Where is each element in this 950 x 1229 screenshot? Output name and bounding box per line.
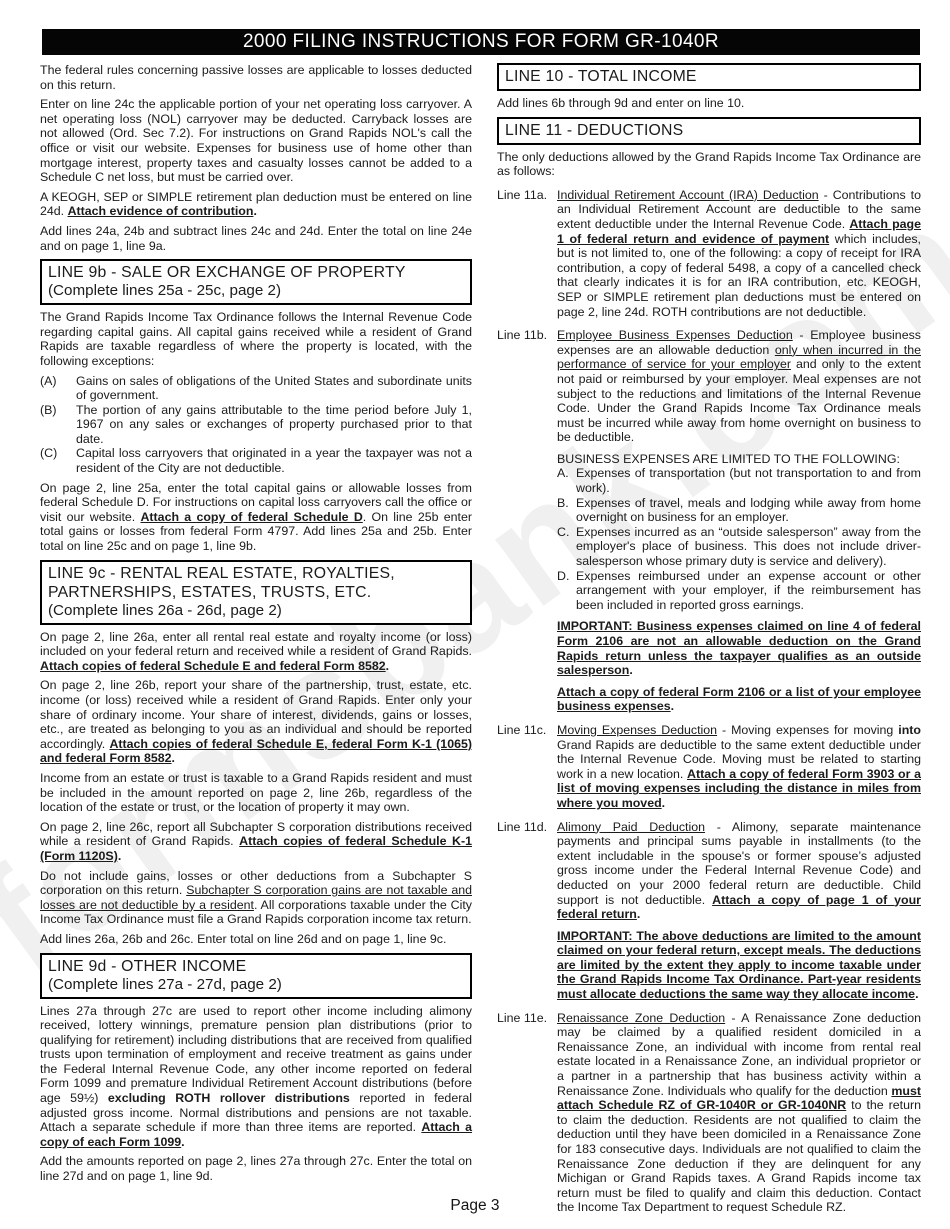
text-run: Attach a copy of federal Form 2106 or a … [557,685,921,714]
section-heading-box: LINE 9b - SALE OR EXCHANGE OF PROPERTY(C… [40,259,472,305]
right-column: LINE 10 - TOTAL INCOMEAdd lines 6b throu… [497,63,921,1215]
paragraph: Add the amounts reported on page 2, line… [40,1154,472,1183]
paragraph: Enter on line 24c the applicable portion… [40,97,472,185]
text-run: . [637,907,640,921]
paragraph: On page 2, line 25a, enter the total cap… [40,481,472,554]
text-run: Attach copies of federal Schedule E and … [40,659,386,673]
text-run: Renaissance Zone Deduction [557,1011,725,1025]
text-run: Enter on line 24c the applicable portion… [40,97,472,184]
list-item: A.Expenses of transportation (but not tr… [557,466,921,495]
text-run: Expenses of transportation (but not tran… [576,466,921,495]
text-run: Moving Expenses Deduction [557,723,717,737]
list-item-text: Capital loss carryovers that originated … [76,446,472,475]
line-body: Moving Expenses Deduction - Moving expen… [557,723,921,810]
text-run: Add lines 24a, 24b and subtract lines 24… [40,224,472,253]
text-run: Lines 27a through 27c are used to report… [40,1004,472,1106]
list-item-text: Expenses incurred as an “outside salespe… [576,525,921,568]
line-label: Line 11e. [497,1011,557,1026]
text-run: . [172,751,175,765]
paragraph: Add lines 6b through 9d and enter on lin… [497,96,921,111]
section-title: LINE 10 - TOTAL INCOME [505,67,913,86]
list: A.Expenses of transportation (but not tr… [557,466,921,612]
section-subtitle: (Complete lines 26a - 26d, page 2) [48,602,464,620]
line-body: Renaissance Zone Deduction - A Renaissan… [557,1011,921,1215]
list-marker: A. [557,466,576,481]
text-run: The portion of any gains attributable to… [76,403,472,446]
text-run: Attach evidence of contribution [68,204,254,218]
left-column: The federal rules concerning passive los… [40,63,472,1189]
section-subtitle: (Complete lines 27a - 27d, page 2) [48,976,464,994]
paragraph: Lines 27a through 27c are used to report… [40,1004,472,1150]
section-heading-box: LINE 11 - DEDUCTIONS [497,117,921,145]
text-run: . [386,659,389,673]
text-run: Capital loss carryovers that originated … [76,446,472,475]
paragraph: BUSINESS EXPENSES ARE LIMITED TO THE FOL… [557,452,921,467]
list-item: (B)The portion of any gains attributable… [40,403,472,447]
text-run: Expenses reimbursed under an expense acc… [576,569,921,612]
text-run: . [253,204,256,218]
list-item: D.Expenses reimbursed under an expense a… [557,569,921,613]
text-run: IMPORTANT: Business expenses claimed on … [557,619,921,677]
text-run: . [662,796,665,810]
list-item-text: Expenses of travel, meals and lodging wh… [576,496,921,525]
section-heading-box: LINE 10 - TOTAL INCOME [497,63,921,91]
paragraph: Income from an estate or trust is taxabl… [40,771,472,815]
list-marker: B. [557,496,576,511]
line-body: Individual Retirement Account (IRA) Dedu… [557,188,921,319]
list-marker: D. [557,569,576,584]
list-marker: (A) [40,374,76,389]
section-title: LINE 9d - OTHER INCOME [48,957,464,976]
text-run: The Grand Rapids Income Tax Ordinance fo… [40,310,472,368]
list-marker: (C) [40,446,76,461]
section-title: LINE 11 - DEDUCTIONS [505,121,913,140]
document-page: formsbank.com 2000 FILING INSTRUCTIONS F… [0,0,950,1229]
section-subtitle: (Complete lines 25a - 25c, page 2) [48,282,464,300]
paragraph: On page 2, line 26b, report your share o… [40,678,472,766]
text-run: BUSINESS EXPENSES ARE LIMITED TO THE FOL… [557,452,900,466]
list-item-text: Expenses of transportation (but not tran… [576,466,921,495]
text-run: Expenses incurred as an “outside salespe… [576,525,921,568]
list-item: (A)Gains on sales of obligations of the … [40,374,472,403]
section-title: LINE 9c - RENTAL REAL ESTATE, ROYALTIES,… [48,564,464,602]
text-run: Attach a copy of federal Schedule D [140,510,362,524]
page-footer: Page 3 [0,1197,950,1215]
text-run: . [181,1135,184,1149]
text-run: . [118,849,121,863]
list-item-text: The portion of any gains attributable to… [76,403,472,446]
text-run: Gains on sales of obligations of the Uni… [76,374,472,403]
text-run: - Moving expenses for moving [717,723,898,737]
section-heading-box: LINE 9c - RENTAL REAL ESTATE, ROYALTIES,… [40,560,472,625]
section-heading-box: LINE 9d - OTHER INCOME(Complete lines 27… [40,953,472,999]
paragraph: Attach a copy of federal Form 2106 or a … [557,685,921,714]
list-item: (C)Capital loss carryovers that originat… [40,446,472,475]
line-item-11e: Line 11e.Renaissance Zone Deduction - A … [497,1011,921,1215]
text-run: Income from an estate or trust is taxabl… [40,771,472,814]
line-item-11c: Line 11c.Moving Expenses Deduction - Mov… [497,723,921,811]
line-item-11b: Line 11b.Employee Business Expenses Dedu… [497,328,921,445]
line-body: Employee Business Expenses Deduction - E… [557,328,921,444]
paragraph: IMPORTANT: The above deductions are limi… [557,929,921,1002]
text-run: Add the amounts reported on page 2, line… [40,1154,472,1183]
line-item-11d: Line 11d.Alimony Paid Deduction - Alimon… [497,820,921,922]
text-run: Add lines 26a, 26b and 26c. Enter total … [40,932,446,946]
text-run: Add lines 6b through 9d and enter on lin… [497,96,744,110]
line-label: Line 11b. [497,328,557,343]
text-run: . [629,663,632,677]
text-run: Expenses of travel, meals and lodging wh… [576,496,921,525]
paragraph: Add lines 26a, 26b and 26c. Enter total … [40,932,472,947]
list-item: B.Expenses of travel, meals and lodging … [557,496,921,525]
line-item-11a: Line 11a.Individual Retirement Account (… [497,188,921,319]
paragraph: Add lines 24a, 24b and subtract lines 24… [40,224,472,253]
text-run: . [671,699,674,713]
section-title: LINE 9b - SALE OR EXCHANGE OF PROPERTY [48,263,464,282]
paragraph: The only deductions allowed by the Grand… [497,150,921,179]
line-body: Alimony Paid Deduction - Alimony, separa… [557,820,921,922]
paragraph: Do not include gains, losses or other de… [40,869,472,927]
list-item-text: Expenses reimbursed under an expense acc… [576,569,921,612]
list-item-text: Gains on sales of obligations of the Uni… [76,374,472,403]
list: (A)Gains on sales of obligations of the … [40,374,472,476]
text-run: . [915,987,918,1001]
text-run: Individual Retirement Account (IRA) Dedu… [557,188,819,202]
line-label: Line 11c. [497,723,557,738]
paragraph: On page 2, line 26c, report all Subchapt… [40,820,472,864]
text-run: into [898,723,921,737]
paragraph: On page 2, line 26a, enter all rental re… [40,630,472,674]
paragraph: A KEOGH, SEP or SIMPLE retirement plan d… [40,190,472,219]
text-run: The only deductions allowed by the Grand… [497,150,921,179]
list-marker: C. [557,525,576,540]
list-item: C.Expenses incurred as an “outside sales… [557,525,921,569]
text-run: Alimony Paid Deduction [557,820,705,834]
line-label: Line 11a. [497,188,557,203]
paragraph: IMPORTANT: Business expenses claimed on … [557,619,921,677]
text-run: Employee Business Expenses Deduction [557,328,793,342]
text-run: excluding ROTH rollover distributions [108,1091,350,1105]
text-run: The federal rules concerning passive los… [40,63,472,92]
line-label: Line 11d. [497,820,557,835]
list-marker: (B) [40,403,76,418]
text-run: IMPORTANT: The above deductions are limi… [557,929,921,1001]
paragraph: The Grand Rapids Income Tax Ordinance fo… [40,310,472,368]
paragraph: The federal rules concerning passive los… [40,63,472,92]
text-run: On page 2, line 26a, enter all rental re… [40,630,472,659]
page-title-bar: 2000 FILING INSTRUCTIONS FOR FORM GR-104… [42,29,920,55]
